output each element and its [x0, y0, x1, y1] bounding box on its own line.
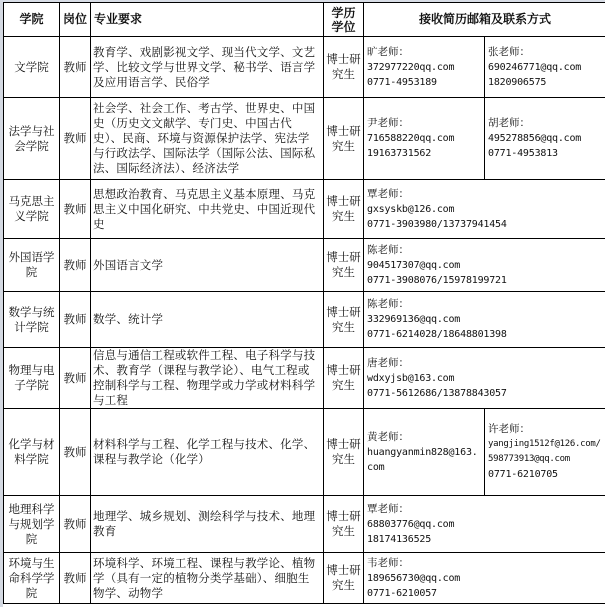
contact-name: 韦老师：	[367, 556, 604, 571]
table-row: 物理与电子学院 教师 信息与通信工程或软件工程、电子科学与技术、教育学（课程与教…	[4, 348, 605, 409]
contact-phone: 0771-4953189	[367, 75, 482, 90]
cell-college[interactable]: 物理与电子学院	[4, 348, 60, 409]
cell-contact[interactable]: 陈老师： 904517307@qq.com 0771-3908076/15978…	[364, 239, 605, 292]
cell-contact-2[interactable]: 许老师： yangjing1512f@126.com/598773913@qq.…	[485, 409, 605, 496]
contact-name: 黄老师：	[367, 430, 482, 445]
cell-degree[interactable]: 博士研究生	[324, 553, 364, 604]
spreadsheet-view: 学院 岗位 专业要求 学历学位 接收简历邮箱及联系方式 文学院 教师 教育学、戏…	[0, 0, 605, 607]
cell-major[interactable]: 地理学、城乡规划、测绘科学与技术、地理教育	[91, 496, 324, 553]
table-row: 文学院 教师 教育学、戏剧影视文学、现当代文学、文艺学、比较文学与世界文学、秘书…	[4, 37, 605, 98]
contact-email: 904517307@qq.com	[367, 258, 604, 273]
contact-email: 68803776@qq.com	[367, 517, 604, 532]
cell-contact[interactable]: 陈老师： 332969136@qq.com 0771-6214028/18648…	[364, 292, 605, 348]
contact-email: 690246771@qq.com	[488, 60, 604, 75]
cell-major[interactable]: 材料科学与工程、化学工程与技术、化学、课程与教学论（化学）	[91, 409, 324, 496]
cell-college[interactable]: 数学与统计学院	[4, 292, 60, 348]
cell-major[interactable]: 外国语言文学	[91, 239, 324, 292]
table-row: 地理科学与规划学院 教师 地理学、城乡规划、测绘科学与技术、地理教育 博士研究生…	[4, 496, 605, 553]
contact-phone: 19163731562	[367, 146, 482, 161]
contact-email: yangjing1512f@126.com/598773913@qq.com	[488, 437, 604, 467]
table-row: 环境与生命科学学院 教师 环境科学、环境工程、课程与教学论、植物学（具有一定的植…	[4, 553, 605, 604]
cell-major[interactable]: 环境科学、环境工程、课程与教学论、植物学（具有一定的植物分类学基础）、细胞生物学…	[91, 553, 324, 604]
contact-name: 陈老师：	[367, 243, 604, 258]
cell-college[interactable]: 法学与社会学院	[4, 98, 60, 180]
cell-position[interactable]: 教师	[60, 409, 91, 496]
cell-contact[interactable]: 覃老师： gxsyskb@126.com 0771-3903980/137379…	[364, 180, 605, 239]
cell-position[interactable]: 教师	[60, 553, 91, 604]
cell-contact[interactable]: 韦老师： 189656730@qq.com 0771-6210057	[364, 553, 605, 604]
table-row: 化学与材料学院 教师 材料科学与工程、化学工程与技术、化学、课程与教学论（化学）…	[4, 409, 605, 496]
header-major-requirements[interactable]: 专业要求	[91, 3, 324, 37]
contact-phone: 0771-6210705	[488, 467, 604, 482]
cell-college[interactable]: 马克思主义学院	[4, 180, 60, 239]
cell-college[interactable]: 化学与材料学院	[4, 409, 60, 496]
contact-phone: 0771-6214028/18648801398	[367, 327, 604, 342]
header-position[interactable]: 岗位	[60, 3, 91, 37]
cell-contact[interactable]: 唐老师： wdxyjsb@163.com 0771-5612686/138788…	[364, 348, 605, 409]
cell-position[interactable]: 教师	[60, 180, 91, 239]
contact-name: 覃老师：	[367, 502, 604, 517]
cell-major[interactable]: 教育学、戏剧影视文学、现当代文学、文艺学、比较文学与世界文学、秘书学、语言学及应…	[91, 37, 324, 98]
contact-phone: 1820906575	[488, 75, 604, 90]
cell-major[interactable]: 社会学、社会工作、考古学、世界史、中国史（历史文文献学、专门史、中国古代史）、民…	[91, 98, 324, 180]
cell-degree[interactable]: 博士研究生	[324, 348, 364, 409]
cell-position[interactable]: 教师	[60, 292, 91, 348]
cell-contact-2[interactable]: 胡老师： 495278856@qq.com 0771-4953813	[485, 98, 605, 180]
contact-email: 332969136@qq.com	[367, 312, 604, 327]
cell-college[interactable]: 文学院	[4, 37, 60, 98]
cell-degree[interactable]: 博士研究生	[324, 239, 364, 292]
cell-major[interactable]: 信息与通信工程或软件工程、电子科学与技术、教育学（课程与教学论）、电气工程或控制…	[91, 348, 324, 409]
cell-position[interactable]: 教师	[60, 348, 91, 409]
cell-degree[interactable]: 博士研究生	[324, 180, 364, 239]
cell-position[interactable]: 教师	[60, 496, 91, 553]
contact-phone: 0771-5612686/13878843057	[367, 386, 604, 401]
cell-degree[interactable]: 博士研究生	[324, 98, 364, 180]
cell-degree[interactable]: 博士研究生	[324, 496, 364, 553]
cell-major[interactable]: 思想政治教育、马克思主义基本原理、马克思主义中国化研究、中共党史、中国近现代史	[91, 180, 324, 239]
table-row: 马克思主义学院 教师 思想政治教育、马克思主义基本原理、马克思主义中国化研究、中…	[4, 180, 605, 239]
header-contact[interactable]: 接收简历邮箱及联系方式	[364, 3, 605, 37]
cell-degree[interactable]: 博士研究生	[324, 37, 364, 98]
recruitment-table: 学院 岗位 专业要求 学历学位 接收简历邮箱及联系方式 文学院 教师 教育学、戏…	[3, 2, 605, 604]
table-row: 数学与统计学院 教师 数学、统计学 博士研究生 陈老师： 332969136@q…	[4, 292, 605, 348]
cell-contact-1[interactable]: 尹老师： 716588220qq.com 19163731562	[364, 98, 485, 180]
contact-name: 胡老师：	[488, 116, 604, 131]
cell-degree[interactable]: 博士研究生	[324, 292, 364, 348]
contact-email: gxsyskb@126.com	[367, 202, 604, 217]
cell-position[interactable]: 教师	[60, 37, 91, 98]
contact-email: wdxyjsb@163.com	[367, 371, 604, 386]
cell-position[interactable]: 教师	[60, 239, 91, 292]
table-row: 法学与社会学院 教师 社会学、社会工作、考古学、世界史、中国史（历史文文献学、专…	[4, 98, 605, 180]
contact-email: 495278856@qq.com	[488, 131, 604, 146]
cell-position[interactable]: 教师	[60, 98, 91, 180]
contact-phone: 0771-4953813	[488, 146, 604, 161]
contact-name: 尹老师：	[367, 116, 482, 131]
contact-name: 覃老师：	[367, 187, 604, 202]
contact-name: 唐老师：	[367, 356, 604, 371]
contact-phone: 0771-3908076/15978199721	[367, 273, 604, 288]
contact-phone: 0771-3903980/13737941454	[367, 217, 604, 232]
contact-name: 旷老师：	[367, 45, 482, 60]
contact-phone: 0771-6210057	[367, 586, 604, 601]
cell-contact[interactable]: 覃老师： 68803776@qq.com 18174136525	[364, 496, 605, 553]
header-row: 学院 岗位 专业要求 学历学位 接收简历邮箱及联系方式	[4, 3, 605, 37]
cell-contact-1[interactable]: 旷老师： 372977220qq.com 0771-4953189	[364, 37, 485, 98]
contact-name: 陈老师：	[367, 297, 604, 312]
cell-college[interactable]: 环境与生命科学学院	[4, 553, 60, 604]
contact-name: 许老师：	[488, 422, 604, 437]
cell-major[interactable]: 数学、统计学	[91, 292, 324, 348]
header-degree[interactable]: 学历学位	[324, 3, 364, 37]
cell-college[interactable]: 外国语学院	[4, 239, 60, 292]
header-college[interactable]: 学院	[4, 3, 60, 37]
cell-college[interactable]: 地理科学与规划学院	[4, 496, 60, 553]
cell-degree[interactable]: 博士研究生	[324, 409, 364, 496]
cell-contact-1[interactable]: 黄老师： huangyanmin828@163.com	[364, 409, 485, 496]
contact-email: 716588220qq.com	[367, 131, 482, 146]
contact-email: huangyanmin828@163.com	[367, 445, 482, 475]
contact-email: 189656730@qq.com	[367, 571, 604, 586]
contact-name: 张老师：	[488, 45, 604, 60]
table-row: 外国语学院 教师 外国语言文学 博士研究生 陈老师： 904517307@qq.…	[4, 239, 605, 292]
cell-contact-2[interactable]: 张老师： 690246771@qq.com 1820906575	[485, 37, 605, 98]
contact-email: 372977220qq.com	[367, 60, 482, 75]
contact-phone: 18174136525	[367, 532, 604, 547]
